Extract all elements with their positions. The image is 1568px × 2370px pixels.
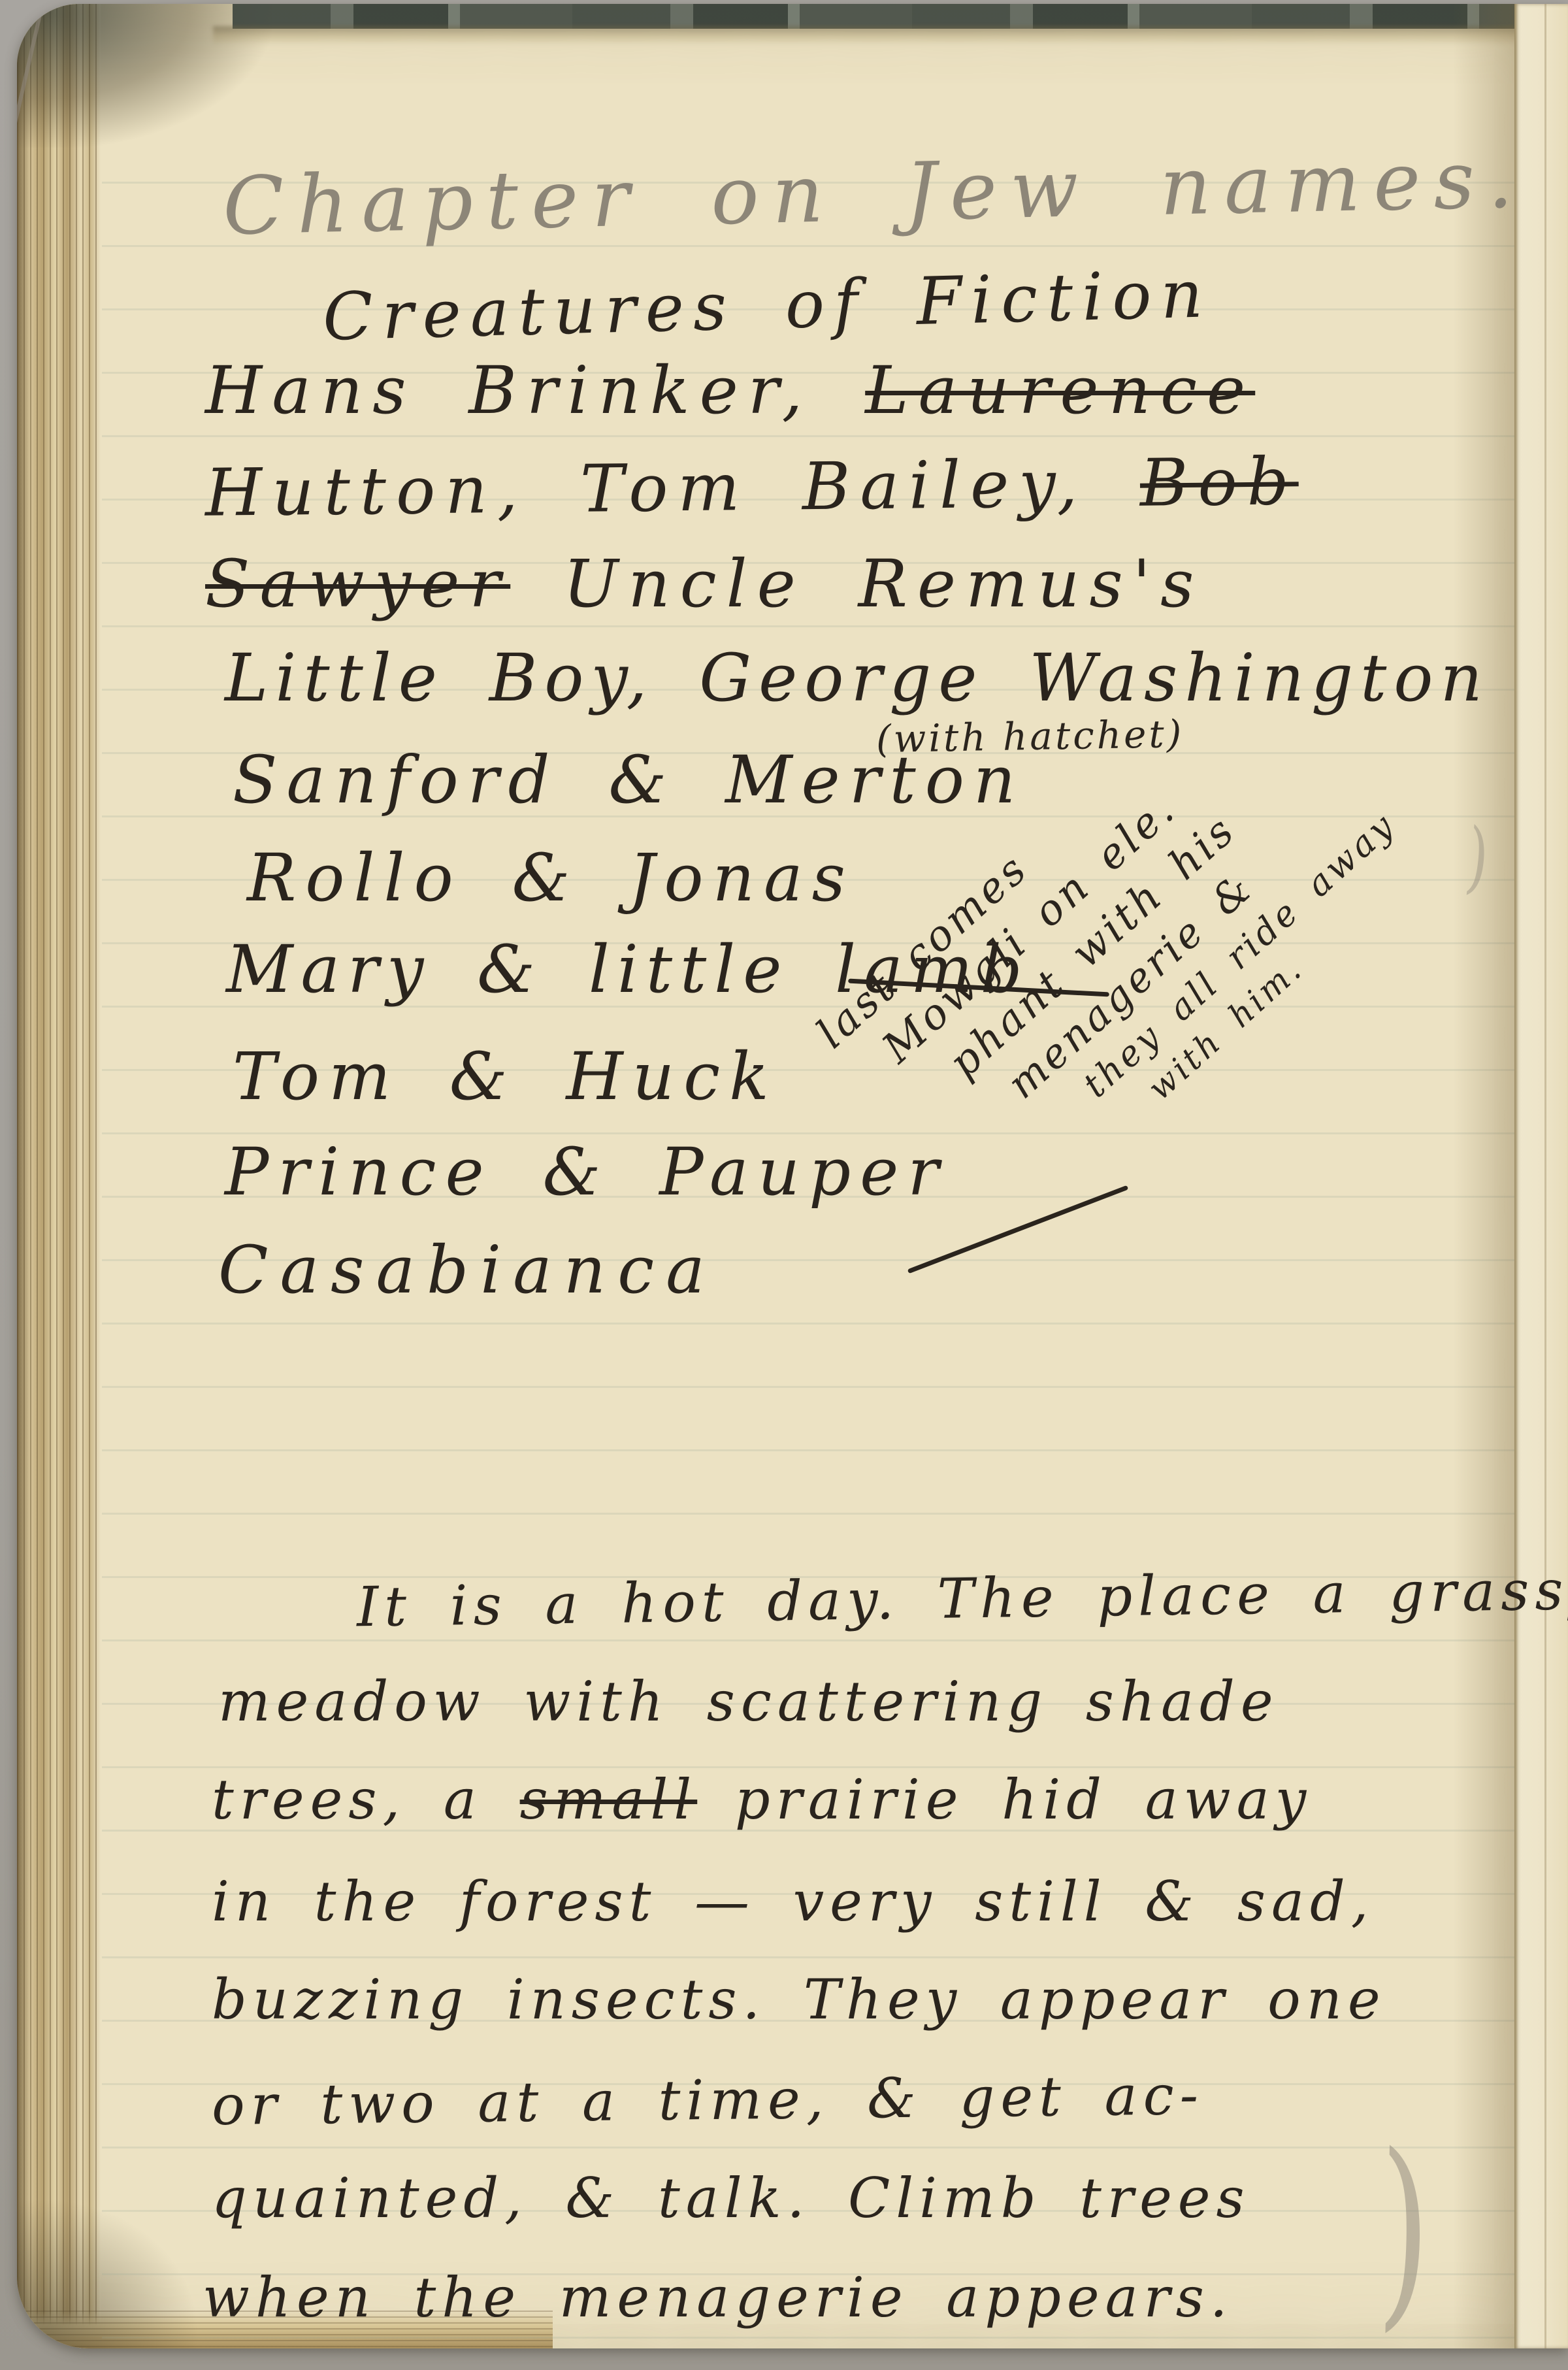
line-text: meadow with scattering shade xyxy=(218,1670,1279,1734)
gutter-shadow xyxy=(1453,4,1514,2348)
line-text: trees, a xyxy=(212,1768,520,1832)
pencil-closing-brace: ) xyxy=(1376,2128,1433,2336)
manuscript-line: trees, a small prairie hid away xyxy=(212,1772,1312,1827)
facing-page-edge xyxy=(1514,4,1568,2348)
book-top-edge-shadow xyxy=(213,26,1568,46)
line-text: Hans Brinker, xyxy=(205,352,865,429)
line-text: or two at a time, & get ac- xyxy=(212,2063,1205,2137)
manuscript-line: quainted, & talk. Climb trees xyxy=(212,2171,1250,2226)
struck-text: Bob xyxy=(1139,443,1299,521)
line-text: in the forest — very still & sad, xyxy=(212,1869,1375,1934)
manuscript-line: when the menagerie appears. xyxy=(203,2270,1233,2325)
book-top-edge xyxy=(233,4,1568,29)
manuscript-line: Hutton, Tom Bailey, Bob xyxy=(205,449,1299,526)
line-text: Casabianca xyxy=(218,1232,717,1308)
manuscript-line: Tom & Huck xyxy=(233,1044,778,1110)
line-text: Uncle Remus's xyxy=(510,546,1203,622)
page-stack-edge-left xyxy=(17,4,101,2348)
line-text: buzzing insects. They appear one xyxy=(212,1967,1386,2032)
manuscript-line: Rollo & Jonas xyxy=(247,846,855,911)
line-text: Sanford & Merton xyxy=(233,742,1024,818)
struck-text: small xyxy=(520,1768,698,1832)
line-text: Hutton, Tom Bailey, xyxy=(204,445,1140,531)
manuscript-line: buzzing insects. They appear one xyxy=(212,1972,1386,2027)
manuscript-line: It is a hot day. The place a grassy xyxy=(357,1562,1568,1635)
line-text: prairie hid away xyxy=(697,1768,1312,1832)
manuscript-line: Sanford & Merton xyxy=(233,748,1024,813)
manuscript-line: Sawyer Uncle Remus's xyxy=(205,551,1203,617)
line-text: Prince & Pauper xyxy=(225,1134,948,1210)
manuscript-line: Prince & Pauper xyxy=(225,1140,948,1205)
scanned-notebook-photo: Chapter on Jew names. Creatures of Ficti… xyxy=(0,0,1568,2370)
facing-page-crease xyxy=(1544,4,1546,2348)
manuscript-line: meadow with scattering shade xyxy=(218,1674,1279,1729)
manuscript-line: in the forest — very still & sad, xyxy=(212,1874,1375,1929)
struck-text: Sawyer xyxy=(205,546,510,622)
line-text: when the menagerie appears. xyxy=(203,2265,1233,2329)
struck-text: Laurence xyxy=(865,352,1255,429)
line-text: quainted, & talk. Climb trees xyxy=(212,2166,1250,2230)
manuscript-line: Hans Brinker, Laurence xyxy=(205,358,1255,423)
manuscript-line: Casabianca xyxy=(218,1238,717,1303)
manuscript-line: or two at a time, & get ac- xyxy=(212,2067,1205,2133)
notebook-page: Chapter on Jew names. Creatures of Ficti… xyxy=(17,4,1568,2348)
line-text: Tom & Huck xyxy=(233,1038,778,1115)
line-text: Rollo & Jonas xyxy=(247,840,855,916)
